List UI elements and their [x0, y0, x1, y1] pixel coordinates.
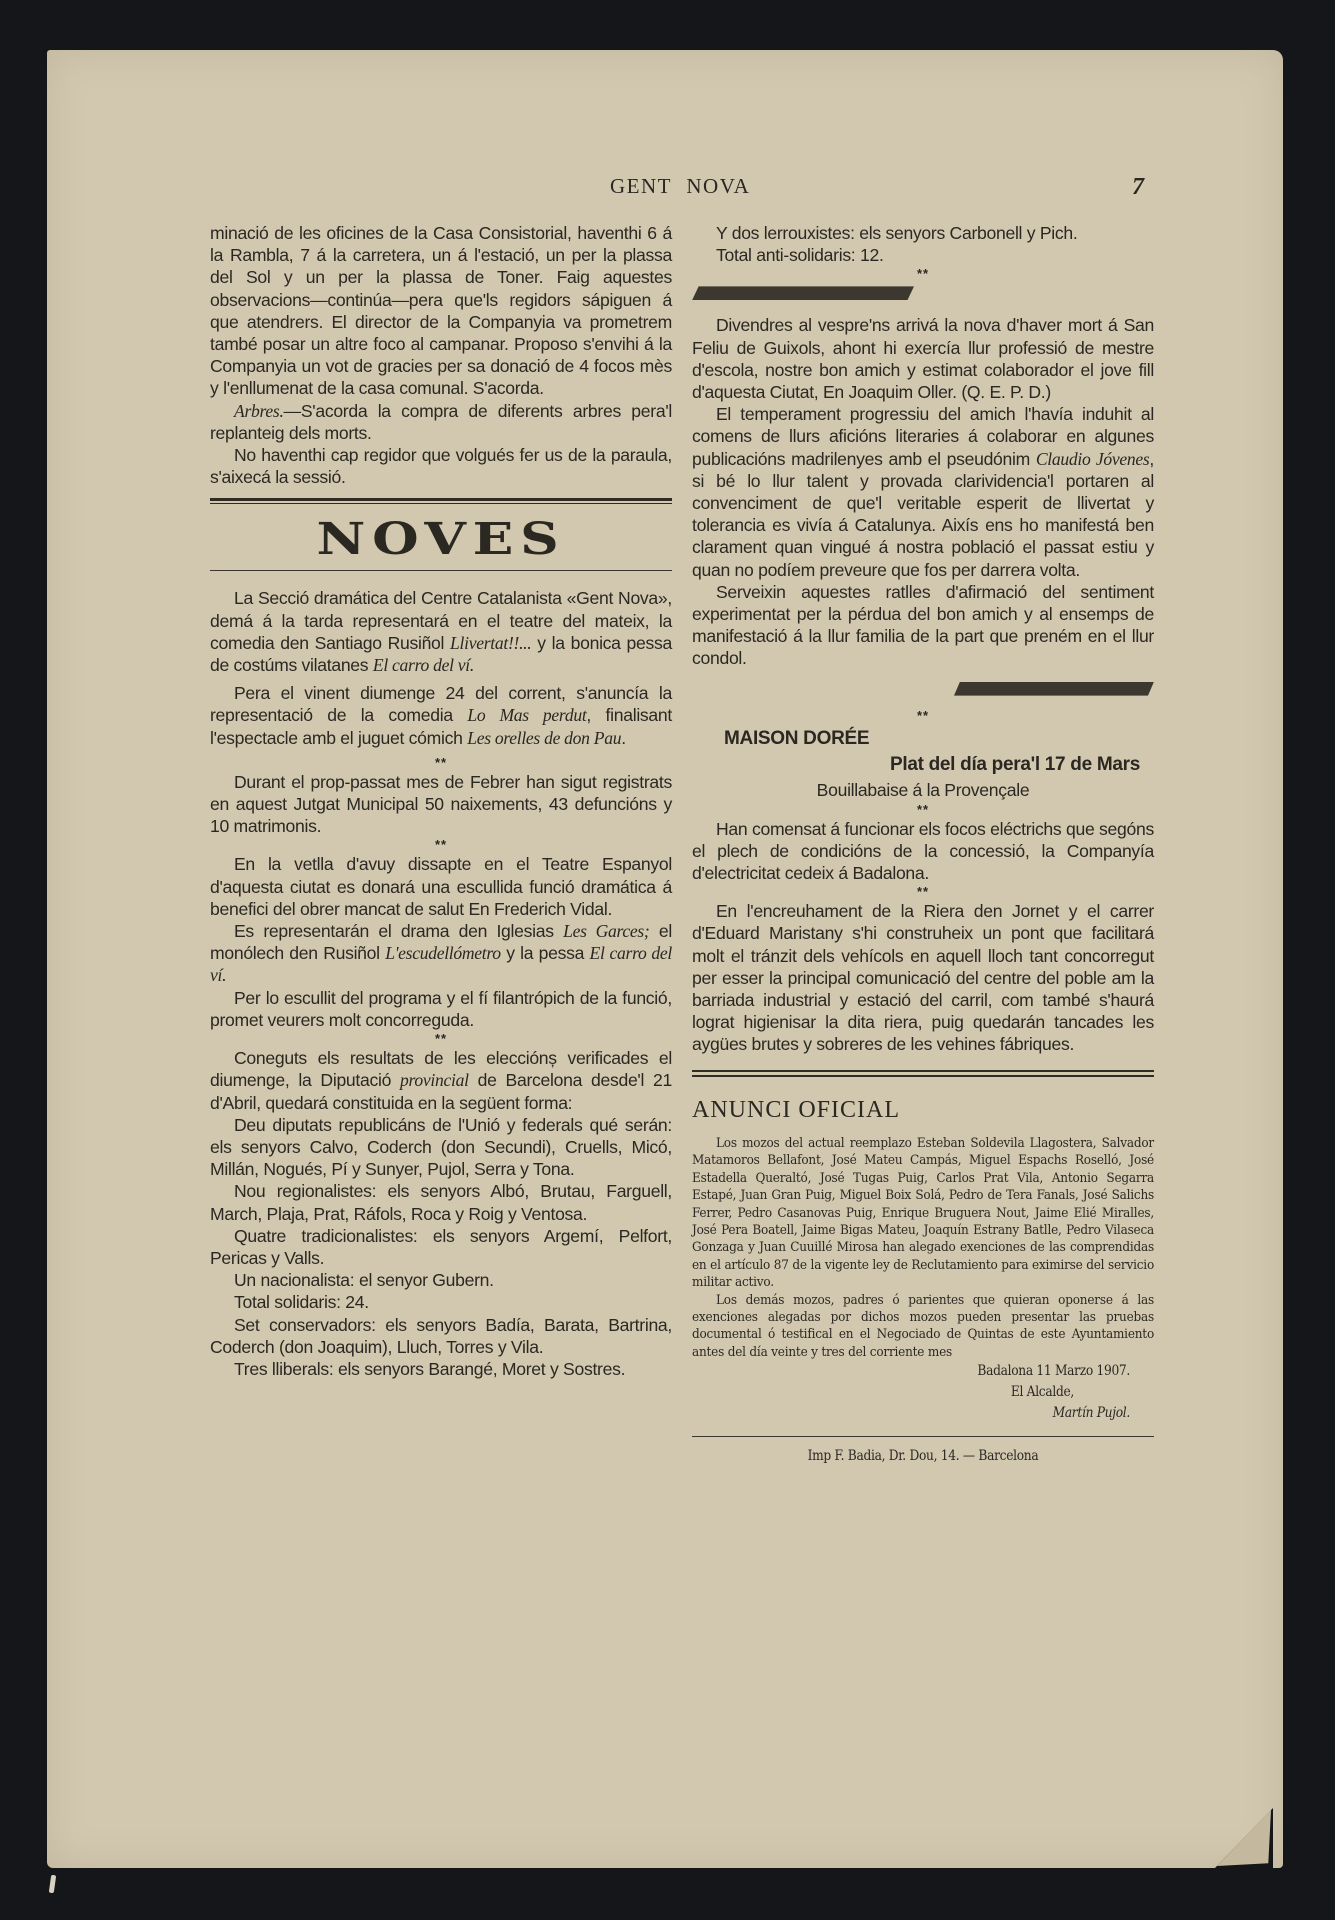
edge-mark	[49, 1875, 56, 1894]
italic-run: Claudio Jóvenes	[1036, 449, 1150, 469]
signer-name: Martín Pujol.	[692, 1403, 1130, 1424]
paragraph: Per lo escullit del programa y el fí fil…	[210, 987, 672, 1031]
paragraph: Pera el vinent diumenge 24 del corrent, …	[210, 682, 672, 749]
advert-dish: Bouillabaise á la Provençale	[692, 778, 1154, 802]
paragraph: Divendres al vespre'ns arrivá la nova d'…	[692, 314, 1154, 403]
italic-run: provincial	[400, 1070, 469, 1090]
italic-run: L'escudellómetro	[385, 943, 501, 963]
paragraph: En la vetlla d'avuy dissapte en el Teatr…	[210, 853, 672, 920]
separator-asterisks: **	[210, 755, 672, 771]
paragraph: Y dos lerrouxistes: els senyors Carbonel…	[692, 222, 1154, 244]
section-rule	[692, 1070, 1154, 1077]
paragraph: Total solidaris: 24.	[210, 1291, 672, 1313]
brush-rule-ornament	[692, 286, 914, 300]
advert-subtitle: Plat del día pera'l 17 de Mars	[692, 752, 1140, 778]
paragraph: Quatre tradicionalistes: els senyors Arg…	[210, 1225, 672, 1269]
signature-block: Badalona 11 Marzo 1907. El Alcalde, Mart…	[692, 1361, 1154, 1424]
paragraph: Han comensat á funcionar els focos eléct…	[692, 818, 1154, 885]
notice-title: ANUNCI OFICIAL	[692, 1099, 1154, 1121]
official-notice: Los mozos del actual reemplazo Esteban S…	[692, 1135, 1154, 1361]
signer-title: El Alcalde,	[692, 1382, 1074, 1403]
paragraph: minació de les oficines de la Casa Consi…	[210, 222, 672, 400]
paragraph: Arbres.—S'acorda la compra de diferents …	[210, 400, 672, 444]
paragraph: Coneguts els resultats de les elecciónș …	[210, 1047, 672, 1114]
italic-run: Les orelles de don Pau	[467, 728, 621, 748]
separator-asterisks: **	[692, 884, 1154, 900]
separator-asterisks: **	[210, 837, 672, 853]
page-number: 7	[1132, 174, 1144, 201]
italic-run: El carro del ví.	[373, 655, 474, 675]
separator-asterisks: **	[692, 802, 1154, 818]
separator-asterisks: **	[692, 266, 1154, 282]
paragraph: Deu diputats republicáns de l'Unió y fed…	[210, 1114, 672, 1181]
section-rule-bottom	[210, 570, 672, 571]
italic-run: Lo Mas perdut	[467, 705, 586, 725]
paragraph: La Secció dramática del Centre Catalanis…	[210, 587, 672, 676]
paragraph: No haventhi cap regidor que volgués fer …	[210, 444, 672, 488]
paragraph: Set conservadors: els senyors Badía, Bar…	[210, 1314, 672, 1358]
notice-paragraph: Los demás mozos, padres ó parientes que …	[692, 1292, 1154, 1362]
section-title: NOVES	[129, 512, 753, 568]
paragraph: Serveixin aquestes ratlles d'afirmació d…	[692, 581, 1154, 670]
paragraph: Durant el prop-passat mes de Febrer han …	[210, 771, 672, 838]
separator-asterisks: **	[210, 1031, 672, 1047]
right-column: Y dos lerrouxistes: els senyors Carbonel…	[692, 222, 1154, 1467]
separator-asterisks: **	[692, 708, 1154, 724]
paragraph: El temperament progressiu del amich l'ha…	[692, 403, 1154, 581]
section-rule-top	[210, 498, 672, 504]
publication-title: GENT NOVA	[610, 174, 750, 199]
paragraph: Un nacionalista: el senyor Gubern.	[210, 1269, 672, 1291]
left-column: minació de les oficines de la Casa Consi…	[210, 222, 672, 1380]
brush-rule-ornament	[954, 682, 1154, 696]
paragraph: En l'encreuhament de la Riera den Jornet…	[692, 900, 1154, 1055]
paragraph: Nou regionalistes: els senyors Albó, Bru…	[210, 1180, 672, 1224]
text-run: Es representarán el drama den Iglesias	[234, 921, 563, 941]
place-date: Badalona 11 Marzo 1907.	[692, 1361, 1130, 1382]
paragraph: Es representarán el drama den Iglesias L…	[210, 920, 672, 987]
advert-title: MAISON DORÉE	[724, 726, 1154, 752]
text-run: y la pessa	[501, 943, 590, 963]
paragraph: Total anti-solidaris: 12.	[692, 244, 1154, 266]
running-head: GENT NOVA 7	[200, 172, 1160, 202]
notice-paragraph: Los mozos del actual reemplazo Esteban S…	[692, 1135, 1154, 1292]
footer-rule	[692, 1436, 1154, 1437]
italic-run: Les Garces;	[563, 921, 649, 941]
printer-imprint: Imp F. Badia, Dr. Dou, 14. — Barcelona	[692, 1445, 1154, 1467]
italic-run: Arbres.	[234, 401, 284, 421]
italic-run: Llivertat!!...	[450, 633, 531, 653]
text-run: .	[621, 728, 626, 748]
paragraph: Tres lliberals: els senyors Barangé, Mor…	[210, 1358, 672, 1380]
